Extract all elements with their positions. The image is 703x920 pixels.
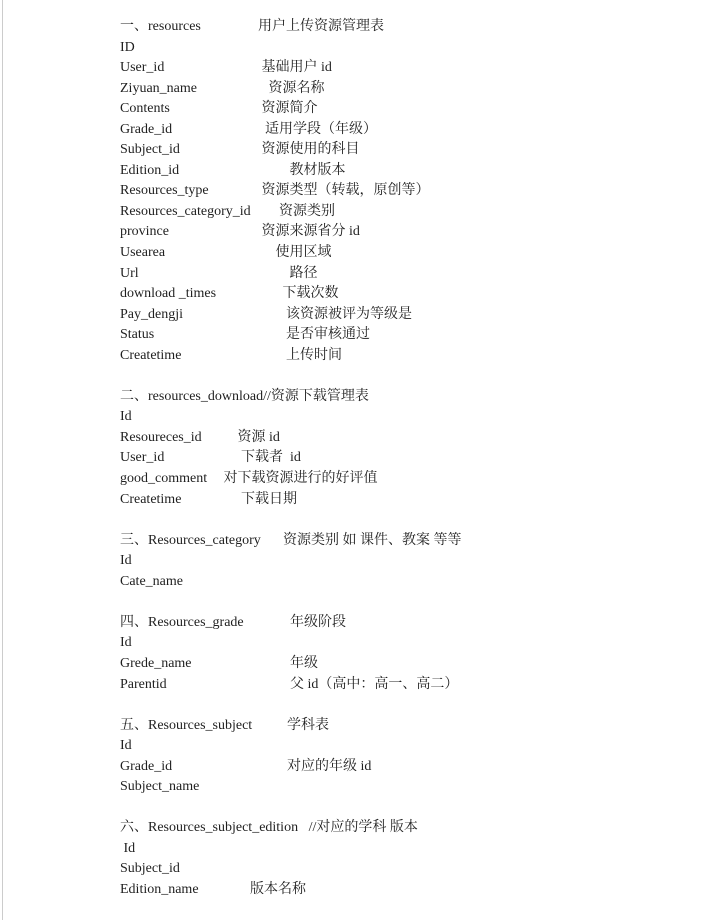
table-name: 五、Resources_subject — [120, 716, 287, 737]
field-description: 对下载资源进行的好评值 — [220, 471, 378, 486]
field-row: ID — [120, 38, 689, 59]
field-name: Resoureces_id — [120, 428, 220, 449]
field-row: Id — [120, 407, 689, 428]
section-header: 六、Resources_subject_edition //对应的学科 版本 — [120, 818, 689, 839]
field-description: 是否审核通过 — [258, 327, 370, 342]
field-name: Usearea — [120, 243, 258, 264]
document-page: 一、resources用户上传资源管理表 ID User_id 基础用户 id … — [0, 0, 703, 920]
field-row: Id — [120, 839, 689, 860]
section-resources-subject-edition: 六、Resources_subject_edition //对应的学科 版本 I… — [120, 818, 689, 900]
field-row: Grede_name年级 — [120, 654, 689, 675]
field-row: Parentid父 id（高中：高一、高二） — [120, 675, 689, 696]
field-row: Edition_id 教材版本 — [120, 161, 689, 182]
field-name: Edition_id — [120, 161, 258, 182]
field-row: Subject_id — [120, 859, 689, 880]
section-header: 三、Resources_category资源类别 如 课件、教案 等等 — [120, 531, 689, 552]
field-row: Createtime 下载日期 — [120, 490, 689, 511]
field-description: 对应的年级 id — [287, 759, 371, 774]
field-description: 下载者 id — [220, 450, 301, 465]
field-name: Grede_name — [120, 654, 290, 675]
field-name: Resources_type — [120, 181, 258, 202]
field-description: 资源简介 — [258, 101, 318, 116]
field-name: Edition_name — [120, 880, 250, 901]
field-row: Usearea 使用区域 — [120, 243, 689, 264]
field-row: Resources_category_id 资源类别 — [120, 202, 689, 223]
section-header: 二、resources_download//资源下载管理表 — [120, 387, 689, 408]
field-name: Pay_dengji — [120, 305, 258, 326]
field-row: Cate_name — [120, 572, 689, 593]
table-description: 用户上传资源管理表 — [258, 19, 384, 34]
document-content: 一、resources用户上传资源管理表 ID User_id 基础用户 id … — [120, 17, 689, 901]
field-row: Status 是否审核通过 — [120, 325, 689, 346]
field-description: 适用学段（年级） — [258, 122, 377, 137]
section-header: 一、resources用户上传资源管理表 — [120, 17, 689, 38]
field-description: 基础用户 id — [258, 60, 332, 75]
field-name: User_id — [120, 58, 258, 79]
field-name: Resources_category_id — [120, 202, 258, 223]
field-description: 上传时间 — [258, 348, 342, 363]
table-name: 一、resources — [120, 17, 258, 38]
field-row: Grade_id 适用学段（年级） — [120, 120, 689, 141]
field-name: Id — [120, 551, 283, 572]
table-name: 二、resources_download — [120, 387, 263, 408]
field-description: 使用区域 — [258, 245, 332, 260]
table-name: 三、Resources_category — [120, 531, 283, 552]
section-resources-grade: 四、Resources_grade年级阶段 Id Grede_name年级 Pa… — [120, 613, 689, 695]
section-resources-category: 三、Resources_category资源类别 如 课件、教案 等等 Id C… — [120, 531, 689, 593]
field-description: 下载次数 — [258, 286, 339, 301]
field-row: download _times 下载次数 — [120, 284, 689, 305]
field-row: Url 路径 — [120, 264, 689, 285]
section-resources: 一、resources用户上传资源管理表 ID User_id 基础用户 id … — [120, 17, 689, 366]
field-name: download _times — [120, 284, 258, 305]
field-description: 资源类型（转载，原创等） — [258, 183, 430, 198]
field-name: Id — [120, 839, 250, 860]
field-name: Subject_name — [120, 777, 287, 798]
field-row: User_id 下载者 id — [120, 448, 689, 469]
field-name: Id — [120, 407, 220, 428]
field-name: Subject_id — [120, 140, 258, 161]
field-name: Grade_id — [120, 757, 287, 778]
field-name: Parentid — [120, 675, 290, 696]
field-row: Id — [120, 633, 689, 654]
table-description: //资源下载管理表 — [263, 389, 369, 404]
field-description: 年级 — [290, 656, 318, 671]
field-name: good_comment — [120, 469, 220, 490]
field-name: Url — [120, 264, 258, 285]
page-edge-line — [2, 0, 3, 920]
field-row: Contents 资源简介 — [120, 99, 689, 120]
field-row: Subject_id 资源使用的科目 — [120, 140, 689, 161]
field-name: Status — [120, 325, 258, 346]
field-row: province 资源来源省分 id — [120, 222, 689, 243]
field-row: Edition_name版本名称 — [120, 880, 689, 901]
field-description: 路径 — [258, 266, 318, 281]
field-description: 资源类别 — [258, 204, 335, 219]
field-description: 教材版本 — [258, 163, 346, 178]
field-row: Subject_name — [120, 777, 689, 798]
field-description: 资源使用的科目 — [258, 142, 360, 157]
section-header: 四、Resources_grade年级阶段 — [120, 613, 689, 634]
field-row: Resources_type 资源类型（转载，原创等） — [120, 181, 689, 202]
field-description: 资源 id — [220, 430, 280, 445]
field-name: Grade_id — [120, 120, 258, 141]
field-row: Resoureces_id 资源 id — [120, 428, 689, 449]
field-row: Createtime 上传时间 — [120, 346, 689, 367]
field-name: Ziyuan_name — [120, 79, 258, 100]
field-description: 该资源被评为等级是 — [258, 307, 412, 322]
table-description: 资源类别 如 课件、教案 等等 — [283, 533, 462, 548]
field-row: User_id 基础用户 id — [120, 58, 689, 79]
field-description: 资源来源省分 id — [258, 224, 360, 239]
table-description: //对应的学科 版本 — [298, 820, 418, 835]
field-name: Createtime — [120, 346, 258, 367]
table-name: 四、Resources_grade — [120, 613, 290, 634]
field-name: Id — [120, 633, 290, 654]
field-row: Ziyuan_name 资源名称 — [120, 79, 689, 100]
field-row: Id — [120, 551, 689, 572]
field-name: Cate_name — [120, 572, 283, 593]
field-description: 版本名称 — [250, 882, 306, 897]
field-name: ID — [120, 38, 258, 59]
field-name: Subject_id — [120, 859, 250, 880]
field-name: Createtime — [120, 490, 220, 511]
section-resources-subject: 五、Resources_subject学科表 Id Grade_id对应的年级 … — [120, 716, 689, 798]
field-description: 下载日期 — [220, 492, 297, 507]
field-description: 父 id（高中：高一、高二） — [290, 677, 458, 692]
table-name: 六、Resources_subject_edition — [120, 818, 298, 839]
section-header: 五、Resources_subject学科表 — [120, 716, 689, 737]
field-row: Grade_id对应的年级 id — [120, 757, 689, 778]
field-name: Id — [120, 736, 287, 757]
field-row: Pay_dengji 该资源被评为等级是 — [120, 305, 689, 326]
field-row: Id — [120, 736, 689, 757]
field-name: Contents — [120, 99, 258, 120]
field-description: 资源名称 — [258, 81, 325, 96]
section-resources-download: 二、resources_download//资源下载管理表 Id Resoure… — [120, 387, 689, 510]
table-description: 学科表 — [287, 718, 329, 733]
field-row: good_comment 对下载资源进行的好评值 — [120, 469, 689, 490]
table-description: 年级阶段 — [290, 615, 346, 630]
field-name: User_id — [120, 448, 220, 469]
field-name: province — [120, 222, 258, 243]
